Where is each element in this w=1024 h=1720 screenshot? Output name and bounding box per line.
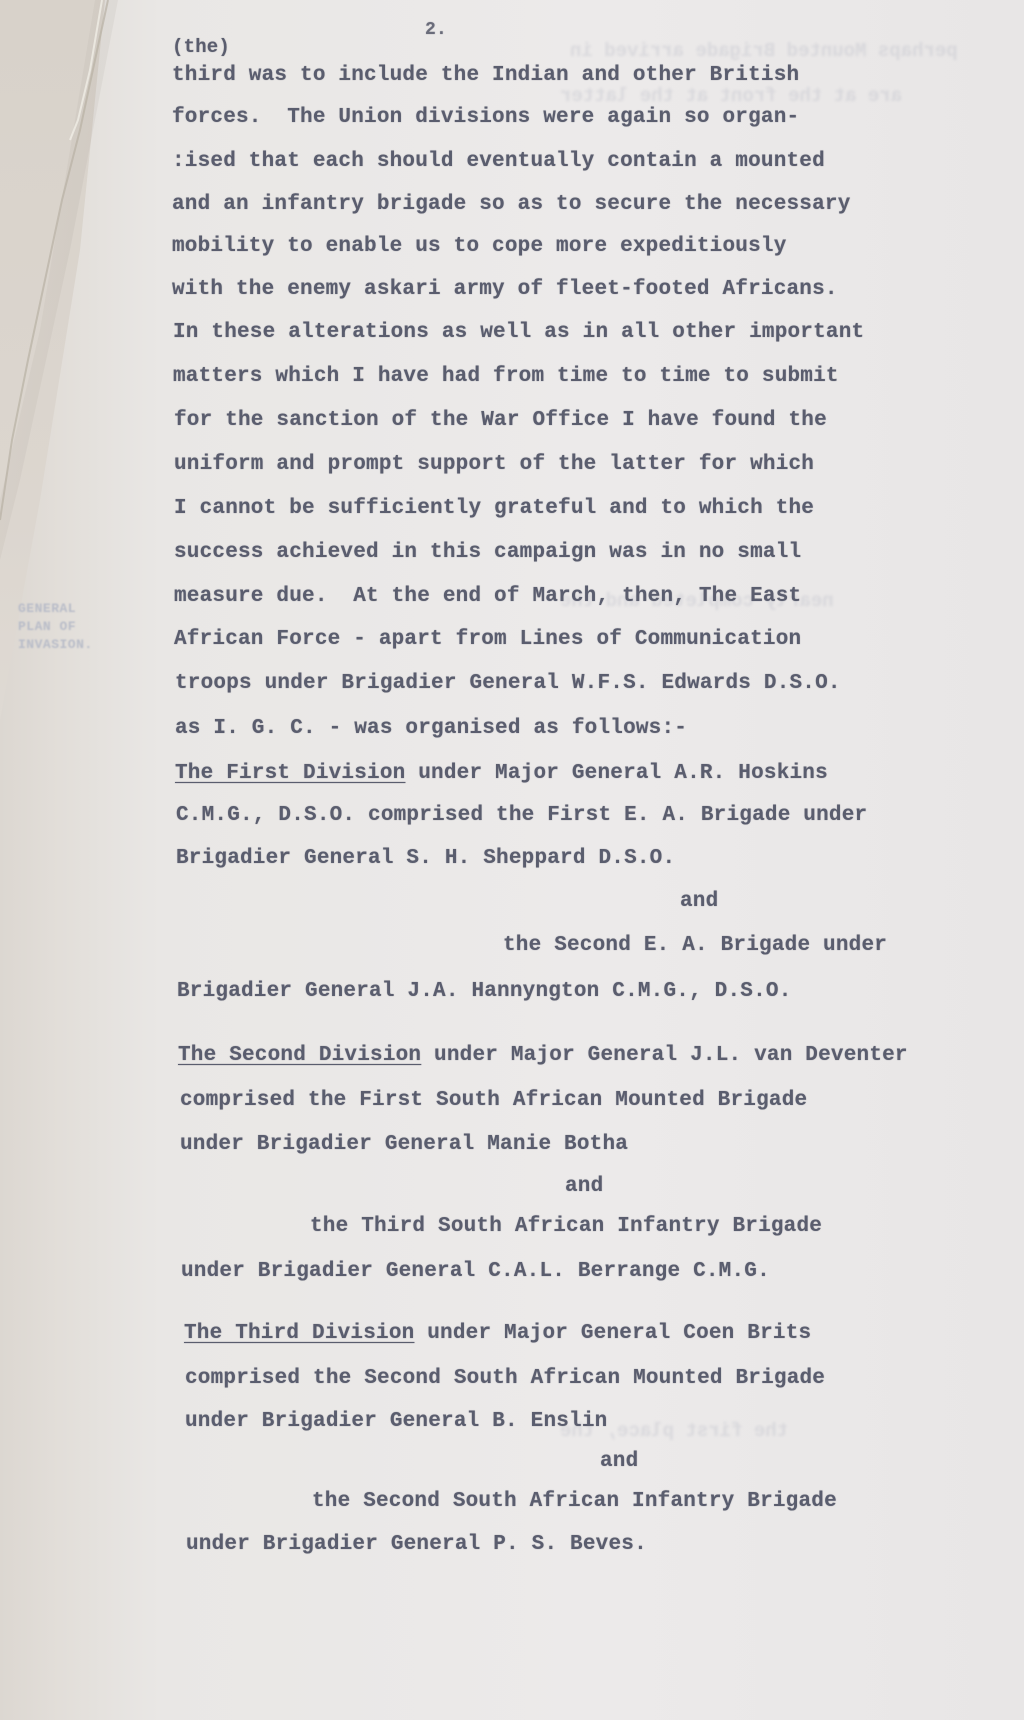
division-entry: The First Division under Major General A… xyxy=(175,762,828,785)
margin-note-line: GENERAL xyxy=(18,600,158,618)
body-line: matters which I have had from time to ti… xyxy=(173,365,839,388)
body-line: success achieved in this campaign was in… xyxy=(174,541,801,564)
body-line: third was to include the Indian and othe… xyxy=(172,64,799,87)
body-line: I cannot be sufficiently grateful and to… xyxy=(174,497,814,520)
division-line: Brigadier General J.A. Hannyngton C.M.G.… xyxy=(177,980,792,1003)
body-line: and an infantry brigade so as to secure … xyxy=(172,193,851,216)
division-line: under Brigadier General P. S. Beves. xyxy=(186,1533,647,1556)
body-line: measure due. At the end of March, then, … xyxy=(174,585,801,608)
body-line: uniform and prompt support of the latter… xyxy=(174,453,814,476)
conjunction: and xyxy=(680,890,718,913)
division-entry: The Third Division under Major General C… xyxy=(184,1322,811,1345)
division-line: comprised the Second South African Mount… xyxy=(185,1367,825,1390)
division-heading: The First Division xyxy=(175,762,405,785)
division-line: under Brigadier General C.A.L. Berrange … xyxy=(181,1260,770,1283)
body-line: In these alterations as well as in all o… xyxy=(173,321,864,344)
body-line: with the enemy askari army of fleet-foot… xyxy=(172,278,838,301)
body-line: mobility to enable us to cope more exped… xyxy=(172,235,787,258)
division-heading: The Third Division xyxy=(184,1322,414,1345)
division-entry: The Second Division under Major General … xyxy=(178,1044,908,1067)
division-commander: under Major General Coen Brits xyxy=(414,1322,811,1345)
division-line: comprised the First South African Mounte… xyxy=(180,1089,807,1112)
conjunction: and xyxy=(565,1175,603,1198)
division-line: Brigadier General S. H. Sheppard D.S.O. xyxy=(176,847,675,870)
body-line: as I. G. C. - was organised as follows:- xyxy=(175,717,687,740)
margin-note: GENERAL PLAN OF INVASION. xyxy=(18,600,158,654)
division-commander: under Major General A.R. Hoskins xyxy=(405,762,827,785)
body-line: African Force - apart from Lines of Comm… xyxy=(174,628,801,651)
division-heading: The Second Division xyxy=(178,1044,421,1067)
body-line: forces. The Union divisions were again s… xyxy=(172,106,799,129)
margin-note-line: PLAN OF xyxy=(18,618,158,636)
division-commander: under Major General J.L. van Deventer xyxy=(421,1044,907,1067)
division-line: the Third South African Infantry Brigade xyxy=(310,1215,822,1238)
conjunction: and xyxy=(600,1450,638,1473)
division-line: C.M.G., D.S.O. comprised the First E. A.… xyxy=(176,804,867,827)
body-line: :ised that each should eventually contai… xyxy=(172,150,825,173)
division-line: under Brigadier General Manie Botha xyxy=(180,1133,628,1156)
division-line: the Second South African Infantry Brigad… xyxy=(312,1490,837,1513)
document-page: perhaps Mounted Brigade arrived in are a… xyxy=(0,0,1024,1720)
division-line: the Second E. A. Brigade under xyxy=(503,934,887,957)
body-line: troops under Brigadier General W.F.S. Ed… xyxy=(175,672,841,695)
division-line: under Brigadier General B. Enslin xyxy=(185,1410,607,1433)
body-line: for the sanction of the War Office I hav… xyxy=(174,409,827,432)
page-number: 2. xyxy=(425,20,447,40)
inserted-word: (the) xyxy=(172,36,230,58)
margin-note-line: INVASION. xyxy=(18,636,158,654)
